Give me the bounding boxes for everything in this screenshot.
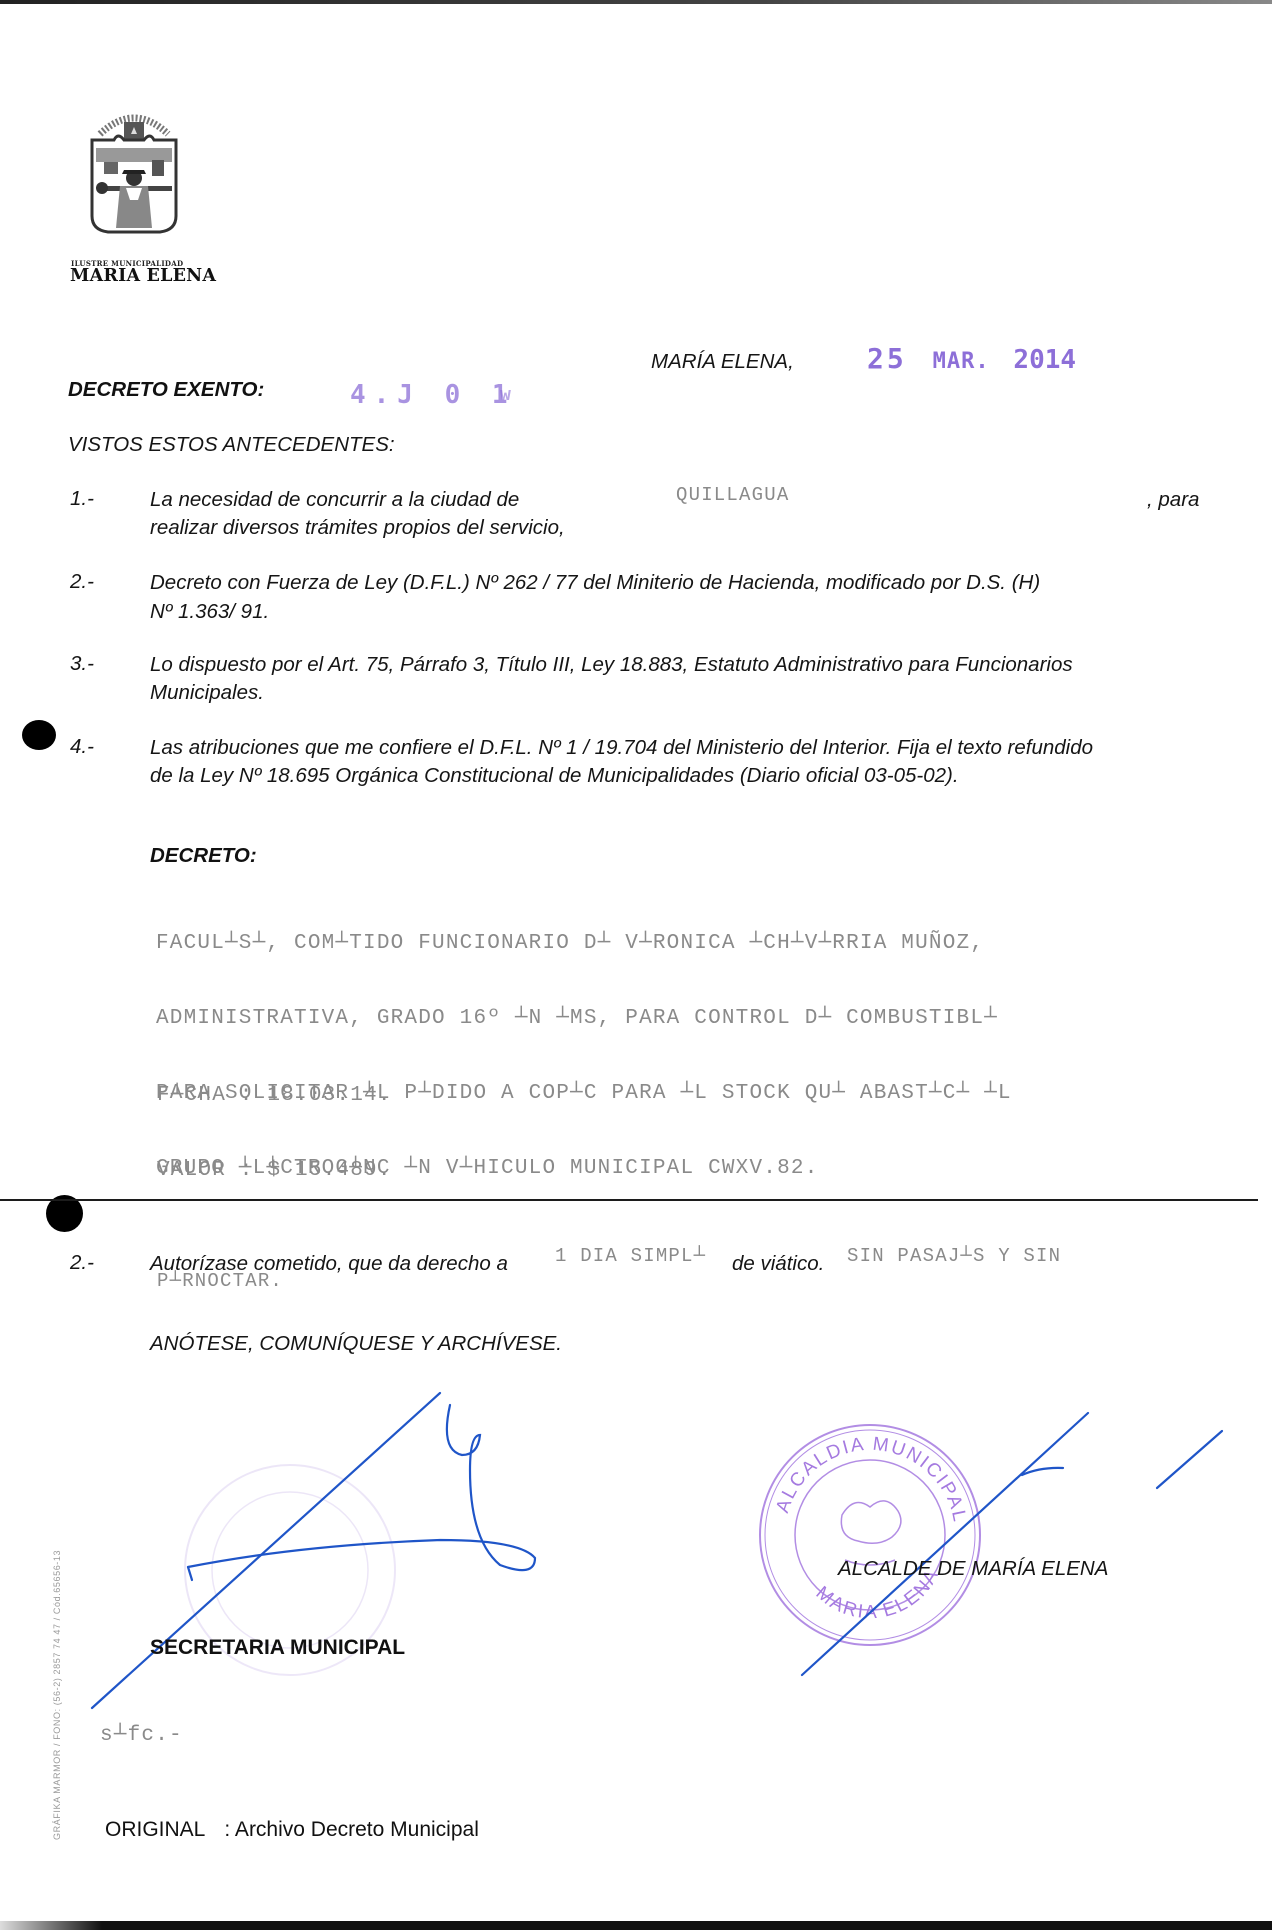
distribution-value: : Archivo Decreto Municipal [224,1818,478,1841]
typed-line: FACUL┴S┴, COM┴TIDO FUNCIONARIO D┴ V┴RONI… [156,931,1012,956]
coat-of-arms-icon [86,104,182,246]
item-text: Lo dispuesto por el Art. 75, Párrafo 3, … [150,651,1073,679]
item-text: Las atribuciones que me confiere el D.F.… [150,734,1093,762]
scan-edge-top [0,0,1272,4]
item-text: Municipales. [150,679,264,707]
secretaria-title: SECRETARIA MUNICIPAL [150,1636,405,1660]
item-number: 3.- [70,652,94,676]
distribution-label: ORIGINAL [105,1818,205,1841]
distribution-line: ORIGINAL : Archivo Decreto Municipal [105,1818,479,1842]
typed-conditions: SIN PASAJ┴S Y SIN [847,1245,1061,1267]
letterhead-title: MARIA ELENA [70,266,216,286]
date-stamp-year: 2014 [1013,345,1076,375]
seal-top-text: ALCALDIA MUNICIPAL [772,1434,970,1525]
item-text: Decreto con Fuerza de Ley (D.F.L.) Nº 26… [150,569,1040,597]
item-number: 4.- [70,735,94,759]
item-text-end: , para [1147,486,1199,514]
item-text: realizar diversos trámites propios del s… [150,514,565,542]
item-text: de la Ley Nº 18.695 Orgánica Constitucio… [150,762,959,790]
decree-number-stamp: 4.J 0 1 [350,380,516,410]
initials: s┴fc.- [100,1724,183,1747]
decree-label: DECRETO EXENTO: [68,378,264,402]
item-number: 1.- [70,487,94,511]
date-stamp-month: MAR. [933,349,990,374]
date-stamp-day: 25 [867,342,907,375]
printer-imprint: GRÁFIKA MARMOR / FONO: (56-2) 2857 74 47… [52,1550,62,1840]
typed-line: ADMINISTRATIVA, GRADO 16º ┴N ┴MS, PARA C… [156,1006,1012,1031]
decreto-heading: DECRETO: [150,844,257,868]
typed-conditions-cont: P┴RNOCTAR. [157,1270,283,1292]
punch-hole-mark [22,720,56,750]
section-divider [0,1199,1258,1201]
item-text: Nº 1.363/ 91. [150,598,269,626]
item-number: 2.- [70,570,94,594]
typed-city: QUILLAGUA [676,484,789,506]
date-stamp: 25 MAR. 2014 [867,342,1076,375]
alcalde-title: ALCALDE DE MARÍA ELENA [838,1555,1108,1583]
svg-text:ALCALDIA MUNICIPAL: ALCALDIA MUNICIPAL [772,1434,970,1525]
typed-per-diem: 1 DIA SIMPL┴ [555,1245,706,1267]
place-label: MARÍA ELENA, [651,348,794,376]
fecha-line: F┴CHA : 18.03.14. [157,1083,392,1108]
closing-formula: ANÓTESE, COMUNÍQUESE Y ARCHÍVESE. [150,1330,562,1358]
item-text: La necesidad de concurrir a la ciudad de [150,486,519,514]
item-text: de viático. [732,1250,824,1278]
item-number: 2.- [70,1251,94,1275]
vistos-heading: VISTOS ESTOS ANTECEDENTES: [68,431,395,459]
decreto-typed-details: F┴CHA : 18.03.14. VALOR : $ 15.489. [157,1033,392,1208]
valor-line: VALOR : $ 15.489. [157,1158,392,1183]
decree-number-suffix: w [500,384,511,405]
scan-edge-bottom [0,1921,1272,1930]
